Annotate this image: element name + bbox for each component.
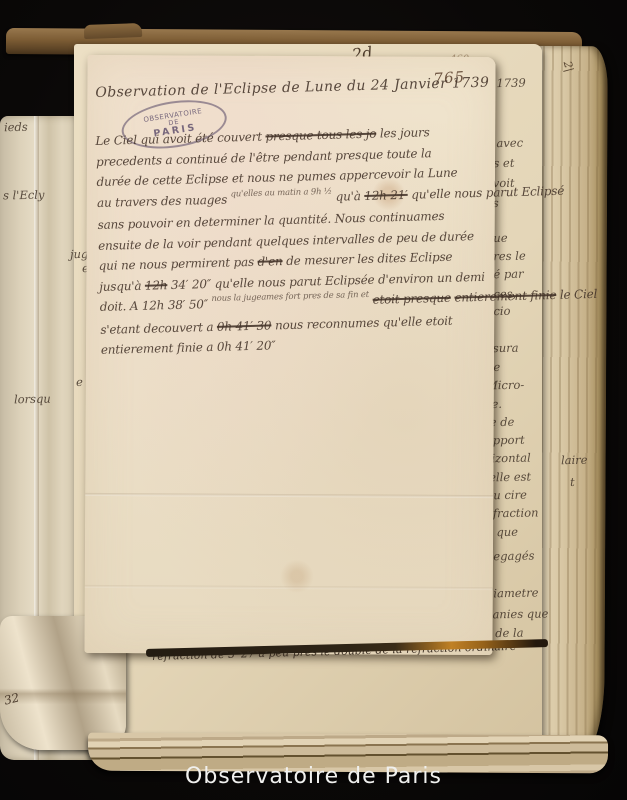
- manuscript-text: jusqu'à: [99, 278, 145, 293]
- struck-text: d'en: [257, 254, 282, 269]
- manuscript-text: qu'à: [332, 188, 365, 203]
- page-crease: [85, 493, 493, 498]
- manuscript-text: qui ne nous permirent pas: [99, 255, 258, 273]
- manuscript-text: doit. A 12h 38′ 50″: [100, 297, 212, 314]
- manuscript-text: s'etant decouvert a: [100, 319, 217, 336]
- manuscript-text: entierement finie a 0h 41′ 20″: [101, 338, 276, 357]
- struck-text: 12h: [145, 278, 168, 293]
- leather-binding-bump: [84, 23, 142, 39]
- struck-text: 12h 21′: [364, 187, 408, 202]
- manuscript-text: Le Ciel qui avoit été couvert: [95, 130, 265, 148]
- struck-text: etoit presque: [372, 291, 451, 307]
- photo-caption: Observatoire de Paris: [0, 764, 627, 789]
- page-crease: [85, 585, 493, 590]
- manuscript-text: nous reconnumes qu'elle etoit: [271, 313, 452, 332]
- archive-photo: 2d 460 2| e 1739e avecus etavoitesquepre…: [0, 0, 627, 800]
- struck-text: entierement finie: [454, 288, 556, 305]
- interline-note: qu'elles au matin a 9h ½: [230, 181, 332, 204]
- manuscript-page: 765 Observation de l'Eclipse de Lune du …: [84, 55, 495, 655]
- struck-text: presque tous les jo: [265, 127, 376, 144]
- manuscript-title: Observation de l'Eclipse de Lune du 24 J…: [95, 75, 489, 101]
- manuscript-text: le Ciel: [556, 287, 597, 302]
- right-page-edges: [532, 46, 608, 764]
- manuscript-text: de mesurer les dites Eclipse: [282, 250, 452, 268]
- left-corner-number: 32: [3, 690, 21, 707]
- manuscript-body: Le Ciel qui avoit été couvert presque to…: [95, 121, 495, 361]
- struck-text: 0h 41′ 30: [217, 318, 272, 333]
- manuscript-text: au travers des nuages: [97, 192, 231, 209]
- interline-note: nous la jugeames fort pres de sa fin et: [211, 285, 369, 310]
- manuscript-text: les jours: [376, 125, 430, 140]
